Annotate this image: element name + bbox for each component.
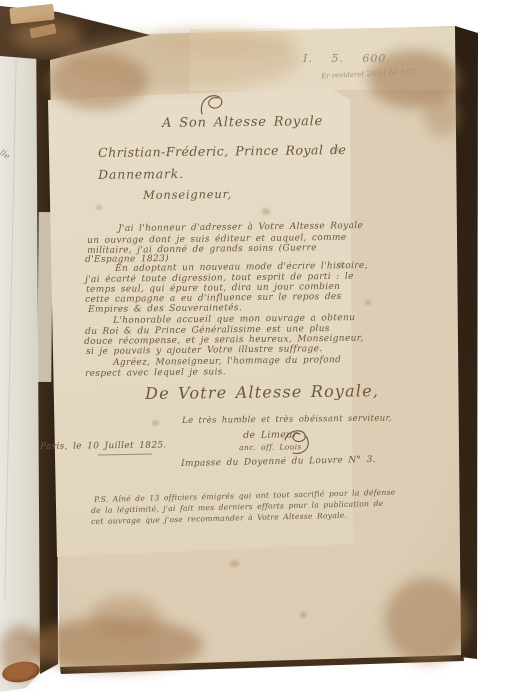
foxing-spot <box>262 208 270 215</box>
letter-closing-formula: De Votre Altesse Royale, <box>145 381 379 403</box>
stain <box>48 52 148 110</box>
pencil-shelf-mark: I. 5. 600. <box>303 52 391 65</box>
signature-paraph-icon <box>283 426 313 460</box>
letter-heading-line-2: Christian-Fréderic, Prince Royal de <box>98 142 346 160</box>
foxing-spot <box>300 612 307 618</box>
foxing-spot <box>365 300 371 305</box>
stain <box>0 625 40 680</box>
letter-salutation: Monseigneur, <box>143 187 232 202</box>
book-photo: I. 5. 600. Er revideret 29/11-68 9 Cl. l… <box>0 0 506 700</box>
ink-flourish-icon <box>196 90 236 118</box>
letter-body-line: respect avec lequel je suis. <box>85 367 226 379</box>
stain <box>90 596 160 638</box>
stain <box>385 578 470 663</box>
binding-guard-strip <box>37 212 52 382</box>
letter-heading-line-3: Dannemark. <box>98 166 184 182</box>
foxing-spot <box>230 560 239 567</box>
letter-heading-line-1: A Son Altesse Royale <box>162 114 323 131</box>
stain <box>150 28 300 58</box>
foxing-spot <box>152 420 159 426</box>
letter-body-line: Empires & des Souverainetés. <box>88 303 242 315</box>
foxing-spot <box>96 205 102 210</box>
stain <box>12 20 82 52</box>
letter-dateline: Paris, le 10 Juillet 1825. <box>40 440 167 452</box>
stain <box>424 96 460 136</box>
